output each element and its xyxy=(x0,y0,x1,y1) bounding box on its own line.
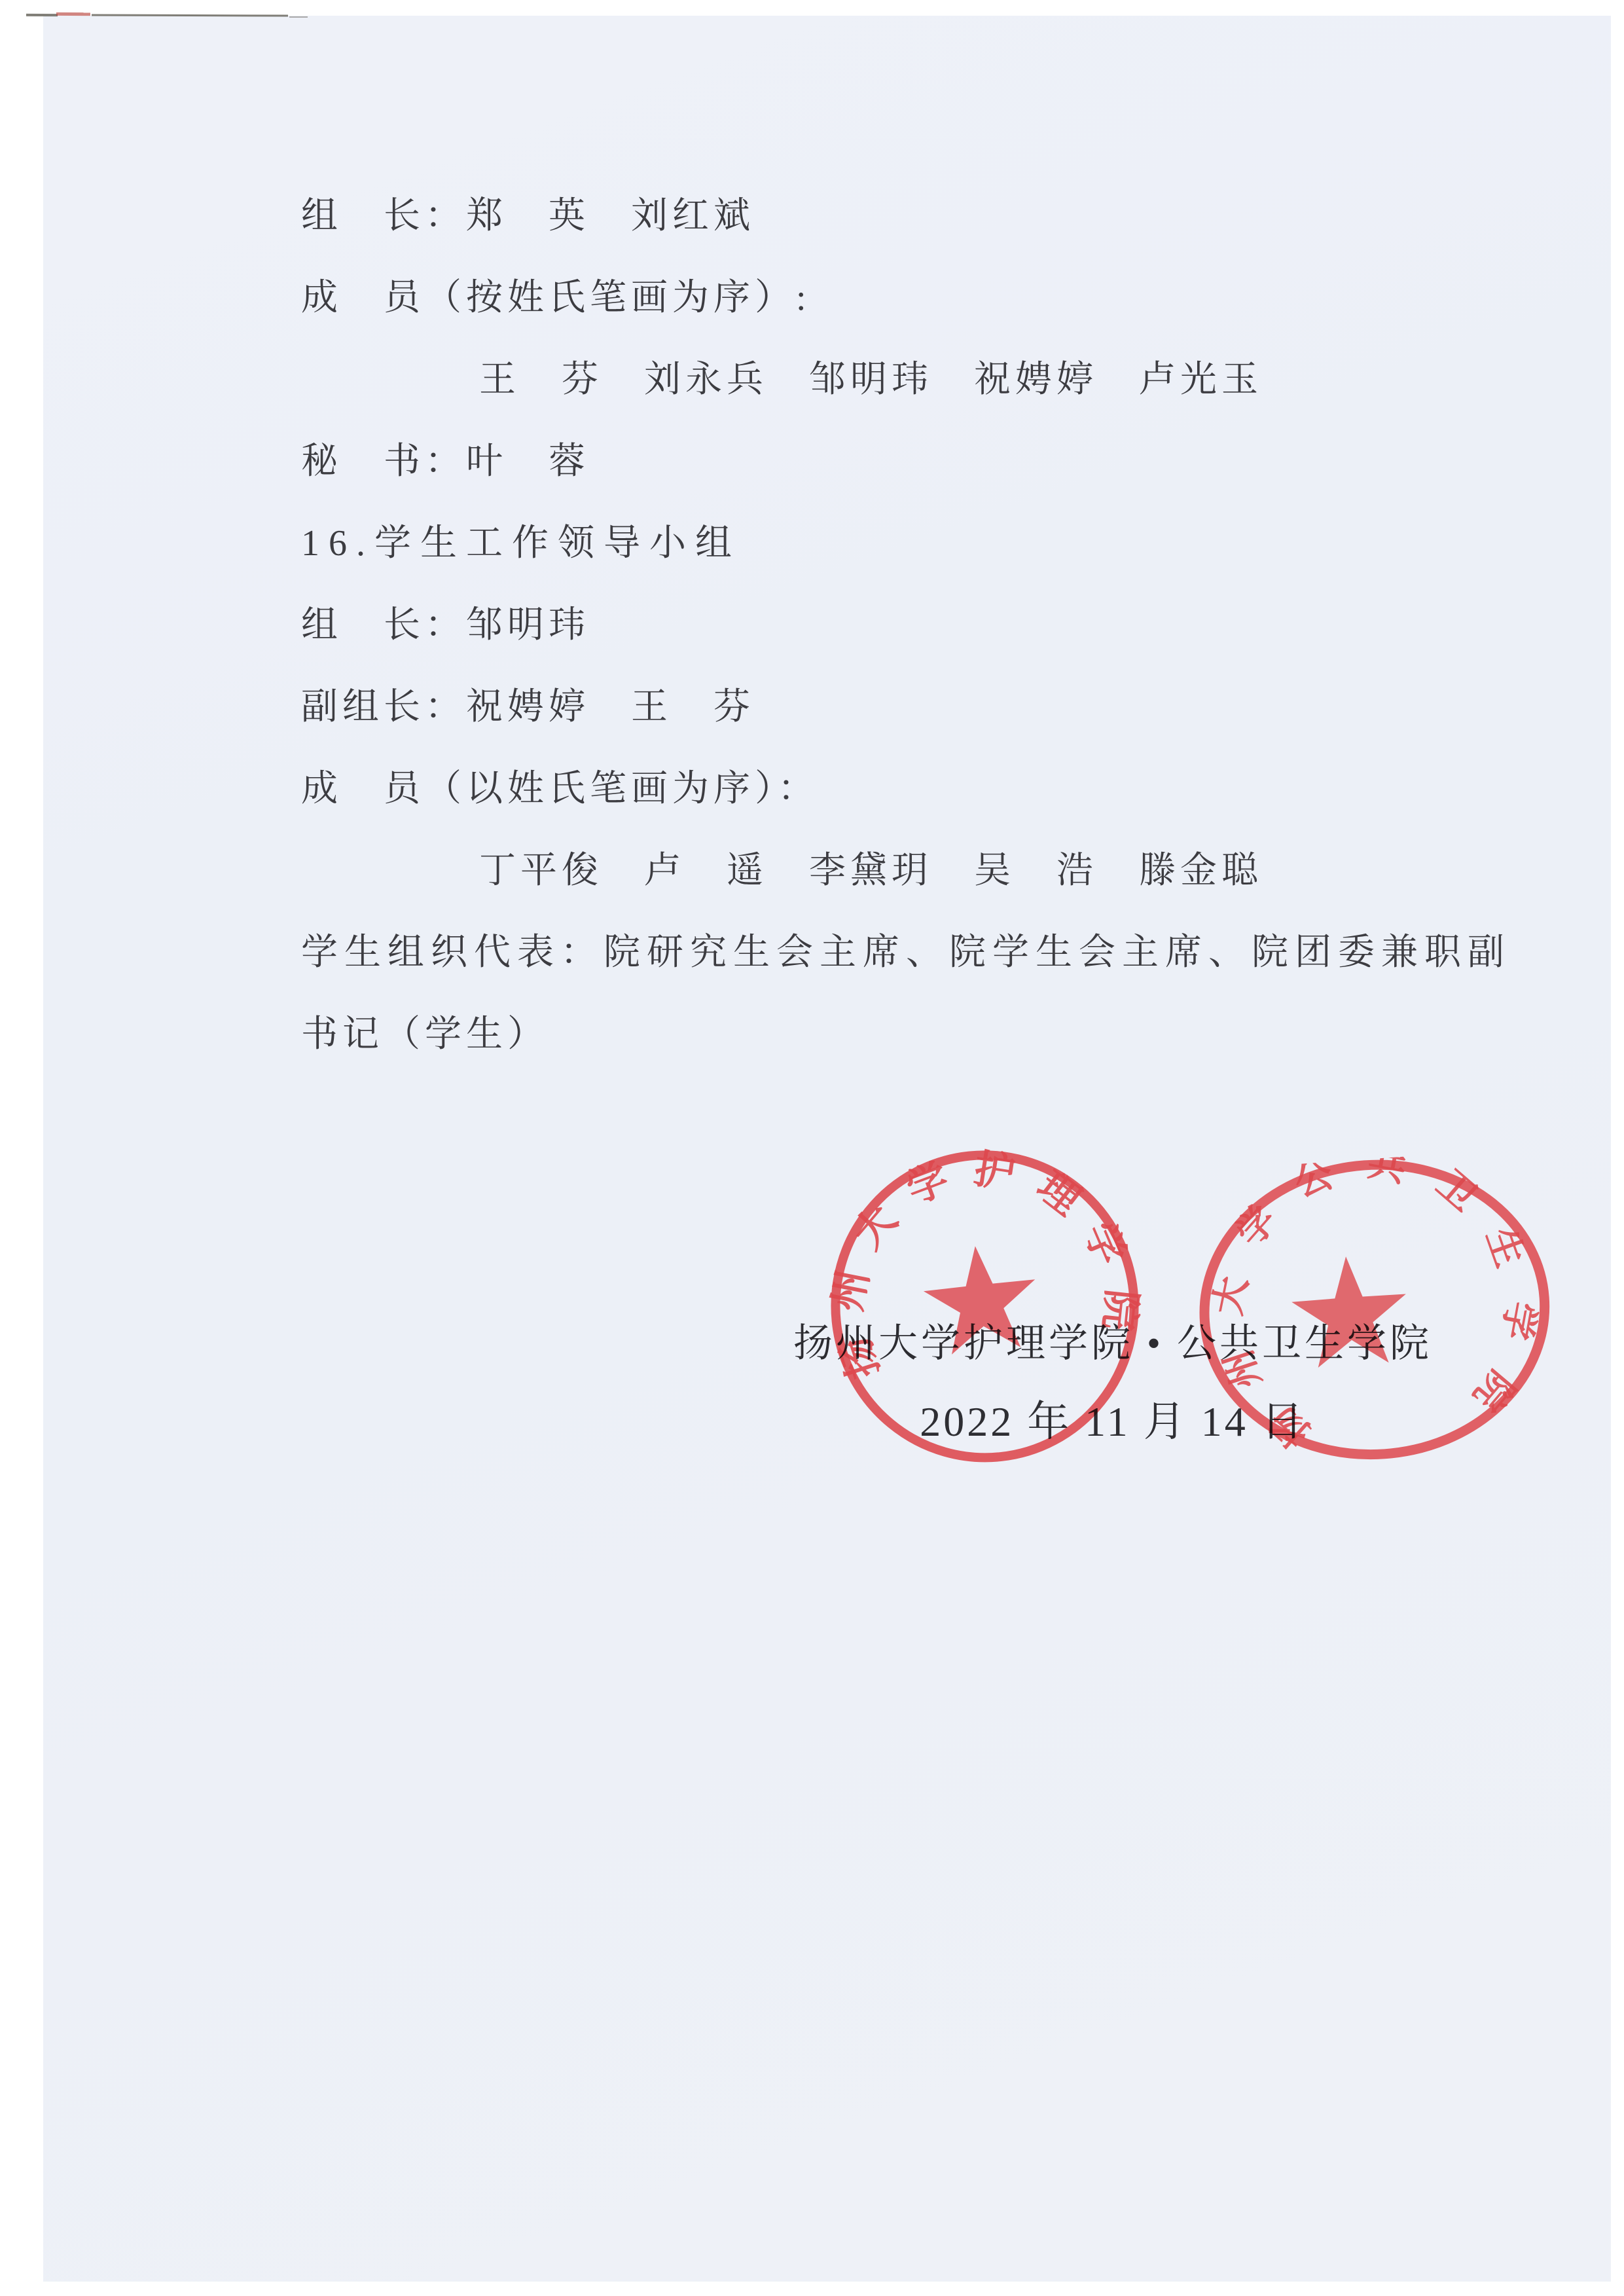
text-line-member-names: 王 芬 刘永兵 邹明玮 祝娉婷 卢光玉 xyxy=(479,339,1263,421)
text-line-members-label: 成 员（按姓氏笔画为序）: xyxy=(301,257,811,339)
text-line-group-leader: 组 长：郑 英 刘红斌 xyxy=(301,175,755,257)
official-seal-public-health-college: 扬州大学公共卫生学院 xyxy=(1187,1146,1568,1475)
seal-star-icon xyxy=(920,1240,1042,1357)
seal-ring-text: 扬州大学护理学院 xyxy=(814,1133,1151,1385)
official-seal-nursing-college: 扬州大学护理学院 xyxy=(814,1133,1161,1485)
text-line-student-reps-cont: 书记（学生） xyxy=(301,994,549,1076)
scan-artifact xyxy=(26,14,58,16)
text-line-members-label-2: 成 员（以姓氏笔画为序）： xyxy=(301,748,819,830)
text-line-secretary: 秘 书：叶 蓉 xyxy=(301,421,590,503)
svg-text:扬州大学护理学院: 扬州大学护理学院 xyxy=(814,1133,1151,1385)
text-line-deputy-leader: 副组长：祝娉婷 王 芬 xyxy=(301,666,755,748)
text-line-group-leader-2: 组 长：邹明玮 xyxy=(301,585,590,666)
scan-artifact xyxy=(289,16,308,18)
text-line-member-names-2: 丁平俊 卢 遥 李黛玥 吴 浩 滕金聪 xyxy=(479,830,1263,912)
scanned-document-page: 组 长：郑 英 刘红斌 成 员（按姓氏笔画为序）: 王 芬 刘永兵 邹明玮 祝娉… xyxy=(0,0,1624,2296)
scan-artifact xyxy=(56,12,90,16)
text-line-student-reps: 学生组织代表：院研究生会主席、院学生会主席、院团委兼职副 xyxy=(301,912,1511,994)
seal-star-icon xyxy=(1289,1252,1411,1369)
text-line-section-16: 16.学生工作领导小组 xyxy=(301,503,741,585)
